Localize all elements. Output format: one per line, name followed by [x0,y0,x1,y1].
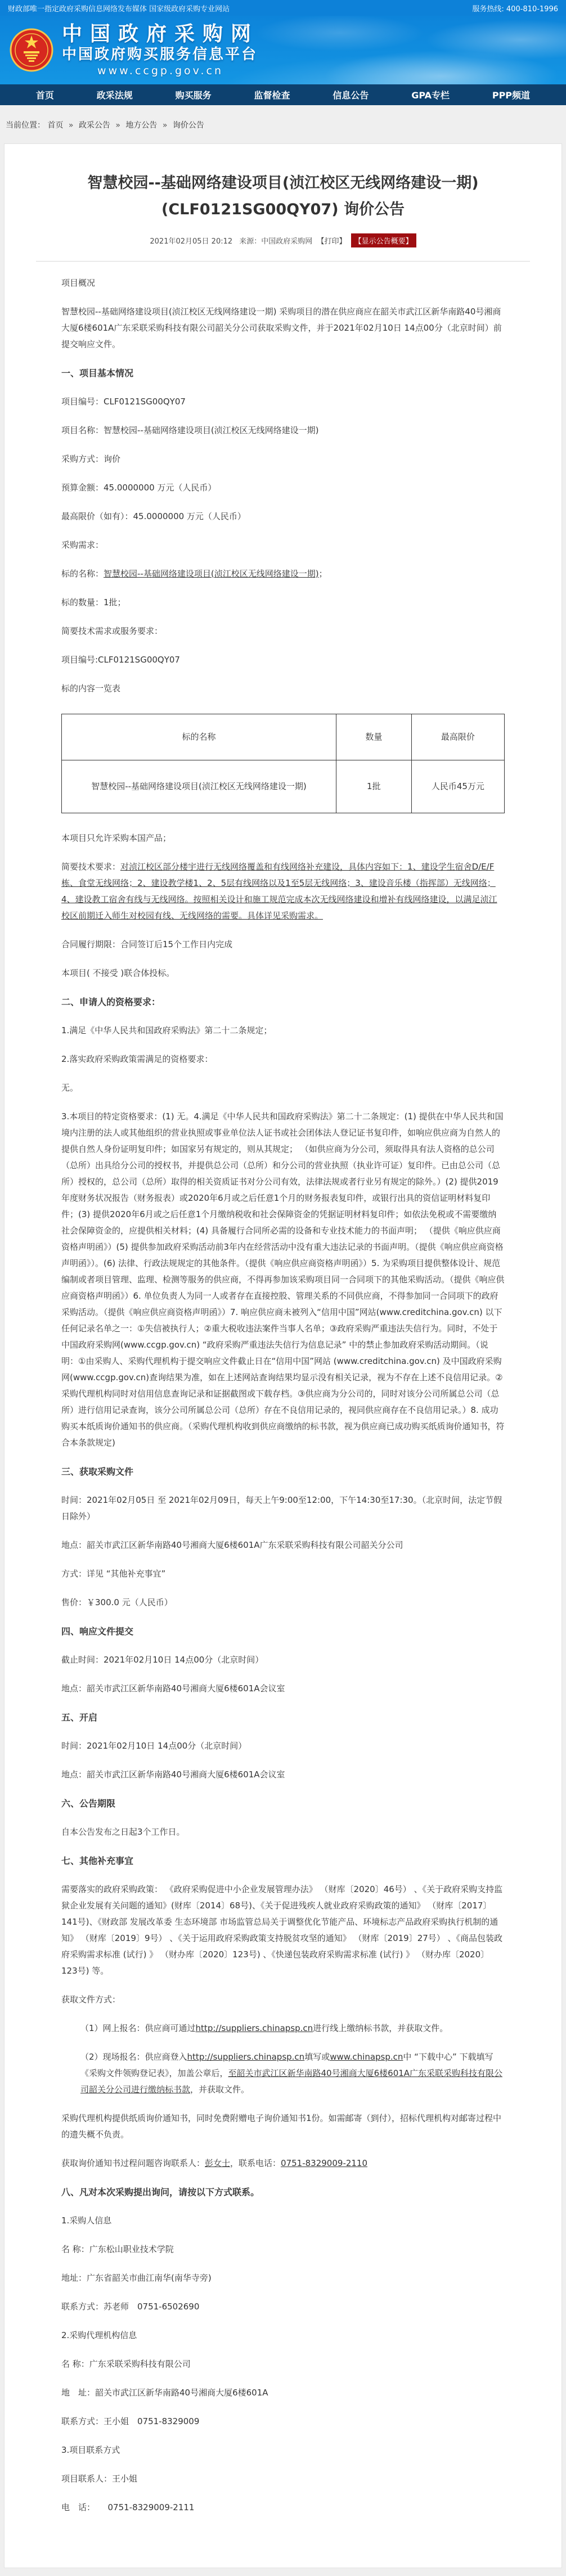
national-emblem-icon [9,28,54,73]
section-6-heading: 六、公告期限 [61,1795,505,1812]
text-segment: 五、开启 [61,1712,97,1723]
purchaser-contact: 联系方式：苏老师 0751-6502690 [61,2299,505,2315]
text-segment: 获取文件方式： [61,1994,120,2005]
text-segment: 本项目只允许采购本国产品； [61,833,171,843]
site-banner: 中国政府采购网 中国政府购买服务信息平台 www.ccgp.gov.cn [0,16,566,84]
text-segment: 本项目( 不接受 )联合体投标。 [61,968,174,978]
text-segment: 采购方式：询价 [61,454,120,464]
section-1-heading: 一、项目基本情况 [61,365,505,381]
text-segment: 1.满足《中华人民共和国政府采购法》第二十二条规定； [61,1025,272,1035]
section-4-heading: 四、响应文件提交 [61,1623,505,1640]
text-segment: 智慧校园--基础网络建设项目(浈江校区无线网络建设一期) 采购项目的潜在供应商应… [61,307,502,349]
section-2-heading: 二、申请人的资格要求： [61,994,505,1010]
breadcrumb-link-home[interactable]: 首页 [47,121,63,130]
project-number-repeat: 项目编号:CLF0121SG00QY07 [61,652,505,668]
text-segment: 无。 [61,1083,78,1093]
domestic-products-note: 本项目只允许采购本国产品； [61,830,505,846]
bid-table-header: 最高限价 [411,714,504,760]
article-date: 2021年02月05日 20:12 [150,237,232,246]
text-segment: 项目联系人：王小姐 [61,2474,137,2484]
show-summary-button[interactable]: 【显示公告概要】 [351,233,416,247]
site-name: 中国政府采购网 [62,22,259,46]
purchaser-info-label: 1.采购人信息 [61,2213,505,2229]
bid-name: 标的名称：智慧校园--基础网络建设项目(浈江校区无线网络建设一期)； [61,566,505,582]
project-overview-text: 智慧校园--基础网络建设项目(浈江校区无线网络建设一期) 采购项目的潜在供应商应… [61,304,505,353]
paper-notice-note: 采购代理机构提供纸质询价通知书，同时免费附赠电子询价通知书1份。如需邮寄（到付）… [61,2110,505,2143]
submit-place: 地点：韶关市武江区新华南路40号湘商大厦6楼601A会议室 [61,1681,505,1697]
qualification-3: 3.本项目的特定资格要求：(1) 无。4.满足《中华人民共和国政府采购法》第二十… [61,1109,505,1451]
text-segment: 截止时间：2021年02月10日 14点00分（北京时间） [61,1655,263,1665]
article-meta: 2021年02月05日 20:12 来源：中国政府采购网 【打印】 【显示公告概… [5,233,561,247]
table-row: 智慧校园--基础网络建设项目(浈江校区无线网络建设一期)1批人民币45万元 [62,760,505,813]
text-segment: ，并获取文件。 [190,2084,249,2095]
text-segment: 名 称：广东采联采购科技有限公司 [61,2359,191,2369]
text-segment: 项目概况 [61,278,95,288]
qualification-1: 1.满足《中华人民共和国政府采购法》第二十二条规定； [61,1023,505,1039]
text-segment: 二、申请人的资格要求： [61,997,160,1007]
topbar-tagline: 财政部唯一指定政府采购信息网络发布媒体 国家级政府采购专业网站 [8,3,230,13]
section-3-heading: 三、获取采购文件 [61,1463,505,1480]
text-segment: 八、凡对本次采购提出询问，请按以下方式联系。 [61,2187,259,2197]
text-segment: 2.采购代理机构信息 [61,2330,137,2340]
budget-amount: 预算金额：45.0000000 万元（人民币） [61,480,505,496]
tech-demand-label: 简要技术需求或服务要求： [61,623,505,640]
bid-table-header: 标的名称 [62,714,336,760]
bid-table-header: 数量 [336,714,411,760]
text-segment: 预算金额：45.0000000 万元（人民币） [61,483,216,493]
breadcrumb: 当前位置： 首页 » 政采公告 » 地方公告 » 询价公告 [0,105,566,143]
print-button[interactable]: 【打印】 [317,237,346,246]
text-segment: 名 称：广东松山职业技术学院 [61,2244,174,2254]
agency-address: 地 址：韶关市武江区新华南路40号湘商大厦6楼601A [61,2385,505,2401]
nav-item-gpa[interactable]: GPA专栏 [411,88,450,101]
article-body: 项目概况智慧校园--基础网络建设项目(浈江校区无线网络建设一期) 采购项目的潜在… [61,275,505,2516]
breadcrumb-separator: » [163,121,168,130]
text-segment: （2）现场报名：供应商登入 [80,2052,187,2062]
project-name: 项目名称：智慧校园--基础网络建设项目(浈江校区无线网络建设一期) [61,422,505,439]
purchaser-name: 名 称：广东松山职业技术学院 [61,2241,505,2258]
project-overview-label: 项目概况 [61,275,505,291]
text-segment: 时间：2021年02月10日 14点00分（北京时间） [61,1741,246,1751]
text-segment: 六、公告期限 [61,1798,115,1809]
text-segment: 四、响应文件提交 [61,1626,133,1637]
qualification-2: 2.落实政府采购政策需满足的资格要求： [61,1051,505,1068]
content-panel: 智慧校园--基础网络建设项目(浈江校区无线网络建设一期) (CLF0121SG0… [4,143,562,2568]
text-segment: 项目编号:CLF0121SG00QY07 [61,655,180,665]
procurement-method: 采购方式：询价 [61,451,505,467]
page-title-line1: 智慧校园--基础网络建设项目(浈江校区无线网络建设一期) [50,170,516,196]
text-segment: 地点：韶关市武江区新华南路40号湘商大厦6楼601A广东采联采购科技有限公司韶关… [61,1540,403,1550]
text-segment: 自本公告发布之日起3个工作日。 [61,1827,185,1837]
nav-item-ppp[interactable]: PPP频道 [492,88,530,101]
announcement-period: 自本公告发布之日起3个工作日。 [61,1824,505,1840]
project-number: 项目编号：CLF0121SG00QY07 [61,394,505,410]
text-segment: 时间：2021年02月05日 至 2021年02月09日，每天上午9:00至12… [61,1495,502,1521]
tech-requirements: 简要技术要求：对浈江校区部分楼宇进行无线网络覆盖和有线网络补充建设，具体内容如下… [61,859,505,924]
text-segment: 简要技术要求： [61,862,120,872]
onsite-registration: （2）现场报名：供应商登入http://suppliers.chinapsp.c… [61,2049,505,2098]
purchaser-address: 地址：广东省韶关市曲江南华(南华寺旁) [61,2270,505,2286]
breadcrumb-link-local-announcements[interactable]: 地方公告 [125,121,157,130]
breadcrumb-separator: » [115,121,120,130]
text-segment: ，联系电话： [230,2158,281,2168]
project-contact-label: 3.项目联系方式 [61,2442,505,2458]
breadcrumb-link-procurement-announcements[interactable]: 政采公告 [79,121,110,130]
text-segment: ； [319,569,327,579]
nav-item-regulations[interactable]: 政采法规 [97,88,133,101]
inline-link[interactable]: http://suppliers.chinapsp.cn [196,2023,313,2033]
qualification-2-none: 无。 [61,1080,505,1096]
text-segment: 智慧校园--基础网络建设项目(浈江校区无线网络建设一期) [104,569,319,579]
text-segment: 标的名称： [61,569,104,579]
text-segment: 彭女士 [205,2158,230,2168]
doc-time: 时间：2021年02月05日 至 2021年02月09日，每天上午9:00至12… [61,1492,505,1525]
breadcrumb-link-inquiry-announcements[interactable]: 询价公告 [173,121,204,130]
consortium-note: 本项目( 不接受 )联合体投标。 [61,965,505,981]
inline-link[interactable]: http://suppliers.chinapsp.cn [187,2052,305,2062]
text-segment: 采购代理机构提供纸质询价通知书，同时免费附赠电子询价通知书1份。如需邮寄（到付）… [61,2113,501,2140]
text-segment: 项目编号：CLF0121SG00QY07 [61,397,186,407]
bid-table-cell: 人民币45万元 [411,760,504,813]
agency-info-label: 2.采购代理机构信息 [61,2327,505,2344]
inline-link[interactable]: 0751-8329009-2110 [281,2158,367,2168]
site-identity: 中国政府采购网 中国政府购买服务信息平台 www.ccgp.gov.cn [62,22,259,78]
contract-period: 合同履行期限：合同签订后15个工作日内完成 [61,936,505,953]
text-segment: 电 话： 0751-8329009-2111 [61,2502,194,2512]
text-segment: 三、获取采购文件 [61,1466,133,1477]
text-segment: 对浈江校区部分楼宇进行无线网络覆盖和有线网络补充建设，具体内容如下：1、建设学生… [61,862,497,921]
text-segment: 需要落实的政府采购政策： 《政府采购促进中小企业发展管理办法》 （财库〔2020… [61,1884,502,1976]
text-segment: 地 址：韶关市武江区新华南路40号湘商大厦6楼601A [61,2388,268,2398]
text-segment: 项目名称：智慧校园--基础网络建设项目(浈江校区无线网络建设一期) [61,425,319,435]
text-segment: 一、项目基本情况 [61,368,133,379]
top-utility-bar: 财政部唯一指定政府采购信息网络发布媒体 国家级政府采购专业网站 服务热线: 40… [0,0,566,16]
divider [36,261,530,262]
nav-item-purchase-services[interactable]: 购买服务 [176,88,212,101]
notice-contact: 获取询价通知书过程问题咨询联系人：彭女士，联系电话：0751-8329009-2… [61,2155,505,2172]
nav-item-supervision[interactable]: 监督检查 [254,88,290,101]
bid-table-caption: 标的内容一览表 [61,681,505,697]
bid-table-cell: 1批 [336,760,411,813]
procurement-demand-label: 采购需求： [61,537,505,553]
text-segment: 联系方式：王小姐 0751-8329009 [61,2416,199,2426]
agency-name: 名 称：广东采联采购科技有限公司 [61,2356,505,2372]
text-segment: 联系方式：苏老师 0751-6502690 [61,2302,199,2312]
doc-price: 售价：￥300.0 元（人民币） [61,1595,505,1611]
section-7-heading: 七、其他补充事宜 [61,1853,505,1869]
nav-item-announcements[interactable]: 信息公告 [333,88,369,101]
text-segment: 填写或 [304,2052,330,2062]
main-nav: 首页 政采法规 购买服务 监督检查 信息公告 GPA专栏 PPP频道 [0,84,566,105]
text-segment: 标的内容一览表 [61,683,120,693]
get-file-method-label: 获取文件方式： [61,1992,505,2008]
text-segment: 简要技术需求或服务要求： [61,626,163,636]
article-source: 来源：中国政府采购网 [239,237,312,246]
max-price: 最高限价（如有）：45.0000000 万元（人民币） [61,508,505,525]
bid-items-table: 标的名称数量最高限价智慧校园--基础网络建设项目(浈江校区无线网络建设一期)1批… [61,714,505,813]
doc-method: 方式：详见 “其他补充事宜” [61,1566,505,1582]
site-url: www.ccgp.gov.cn [62,64,259,78]
doc-place: 地点：韶关市武江区新华南路40号湘商大厦6楼601A广东采联采购科技有限公司韶关… [61,1537,505,1553]
text-segment: 3.本项目的特定资格要求：(1) 无。4.满足《中华人民共和国政府采购法》第二十… [61,1111,505,1448]
text-segment: 标的数量：1批； [61,597,126,607]
text-segment: 进行线上缴纳标书款，并获取文件。 [313,2023,448,2033]
project-contact-phone: 电 话： 0751-8329009-2111 [61,2500,505,2516]
text-segment: 方式：详见 “其他补充事宜” [61,1569,165,1579]
text-segment: 2.落实政府采购政策需满足的资格要求： [61,1054,213,1064]
page: 财政部唯一指定政府采购信息网络发布媒体 国家级政府采购专业网站 服务热线: 40… [0,0,566,2568]
online-registration: （1）网上报名：供应商可通过http://suppliers.chinapsp.… [61,2020,505,2037]
project-contact-person: 项目联系人：王小姐 [61,2471,505,2487]
text-segment: 售价：￥300.0 元（人民币） [61,1597,173,1607]
bid-table-cell: 智慧校园--基础网络建设项目(浈江校区无线网络建设一期) [62,760,336,813]
text-segment: 地点：韶关市武江区新华南路40号湘商大厦6楼601A会议室 [61,1769,285,1780]
section-5-heading: 五、开启 [61,1709,505,1726]
text-segment: 1.采购人信息 [61,2215,111,2226]
breadcrumb-separator: » [69,121,74,130]
text-segment: 合同履行期限：合同签订后15个工作日内完成 [61,939,232,949]
text-segment: 地址：广东省韶关市曲江南华(南华寺旁) [61,2273,212,2283]
inline-link[interactable]: www.chinapsp.cn [330,2052,403,2062]
bid-quantity: 标的数量：1批； [61,595,505,611]
agency-contact: 联系方式：王小姐 0751-8329009 [61,2413,505,2430]
nav-item-home[interactable]: 首页 [36,88,54,101]
hotline-label: 服务热线: 400-810-1996 [472,3,558,13]
breadcrumb-label: 当前位置： [6,121,45,130]
text-segment: 七、其他补充事宜 [61,1856,133,1866]
submit-deadline: 截止时间：2021年02月10日 14点00分（北京时间） [61,1652,505,1668]
open-place: 地点：韶关市武江区新华南路40号湘商大厦6楼601A会议室 [61,1767,505,1783]
text-segment: 3.项目联系方式 [61,2445,120,2455]
text-segment: 获取询价通知书过程问题咨询联系人： [61,2158,205,2168]
site-subtitle: 中国政府购买服务信息平台 [62,46,259,64]
page-title-line2: (CLF0121SG00QY07) 询价公告 [50,196,516,223]
text-segment: 采购需求： [61,540,104,550]
text-segment: 最高限价（如有）：45.0000000 万元（人民币） [61,511,246,521]
open-time: 时间：2021年02月10日 14点00分（北京时间） [61,1738,505,1754]
page-title: 智慧校园--基础网络建设项目(浈江校区无线网络建设一期) (CLF0121SG0… [50,170,516,223]
policy-list: 需要落实的政府采购政策： 《政府采购促进中小企业发展管理办法》 （财库〔2020… [61,1881,505,1979]
section-8-heading: 八、凡对本次采购提出询问，请按以下方式联系。 [61,2184,505,2200]
text-segment: 地点：韶关市武江区新华南路40号湘商大厦6楼601A会议室 [61,1683,285,1694]
text-segment: （1）网上报名：供应商可通过 [80,2023,196,2033]
